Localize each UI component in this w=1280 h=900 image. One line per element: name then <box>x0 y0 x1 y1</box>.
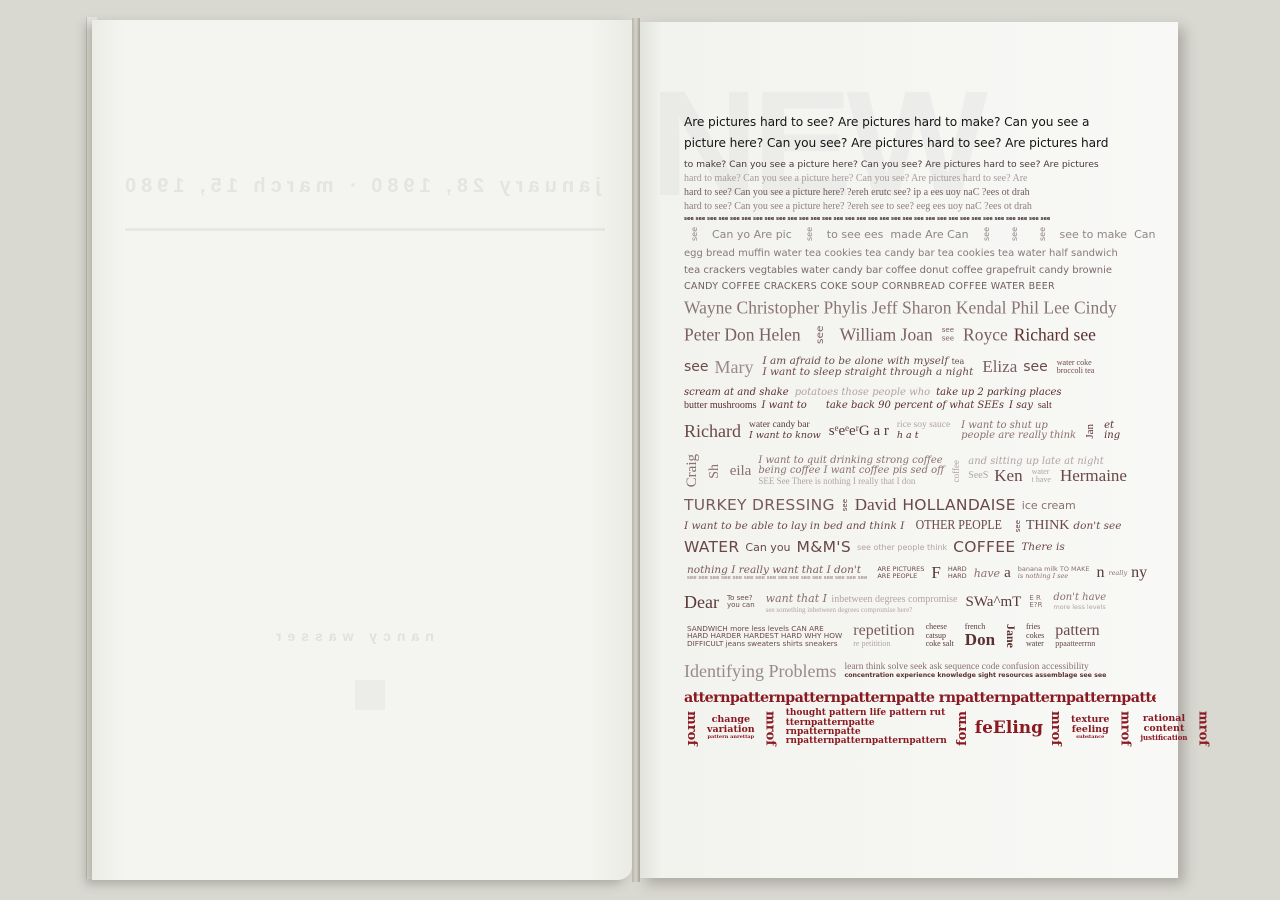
mrof-1: mrof <box>684 711 699 746</box>
sandwich-stack: SANDWICH more less levels CAN ARE HARD H… <box>687 625 842 648</box>
er-2: E?R <box>1029 602 1042 609</box>
hard-2: HARD <box>948 573 967 580</box>
shut-stack: I want to shut up people are really thin… <box>961 421 1076 442</box>
nothing-row: nothing I really want that I don't see s… <box>684 558 1156 588</box>
names-2b: William Joan <box>840 320 933 348</box>
mary-stack: I am afraid to be alone with myself tea … <box>763 356 974 378</box>
jane: Jane <box>1003 624 1018 648</box>
hard-stack: HARD HARD <box>948 566 967 580</box>
repetitition: re petitition <box>853 640 914 648</box>
fade-line-1: to make? Can you see a picture here? Can… <box>684 158 1156 172</box>
vert-coffee: coffee <box>951 460 961 482</box>
sitting: and sitting up late at night <box>968 457 1127 468</box>
tiny-see-2: see see see see see see see see see see … <box>687 576 867 582</box>
ken: Ken <box>994 467 1022 485</box>
broken-c: made Are Can <box>890 224 968 245</box>
ttern: tternpatternpatte rnpatternpatte <box>786 719 947 738</box>
are-people: ARE PEOPLE <box>877 573 924 580</box>
swamt: SWa^mT <box>966 594 1022 611</box>
coke-salt: coke salt <box>926 640 954 648</box>
vert-see-6: see <box>807 325 834 343</box>
david: David <box>855 495 897 515</box>
broken-a: Can yo Are pic <box>712 224 792 245</box>
tosee-stack: To see? you can <box>727 595 755 610</box>
vert-see-7: see <box>841 499 849 511</box>
justification: justification <box>1140 734 1187 741</box>
are-stack: ARE PICTURES ARE PEOPLE <box>877 566 924 580</box>
turkey-row: TURKEY DRESSING see David HOLLANDAISE ic… <box>684 494 1156 516</box>
eliza: Eliza <box>982 357 1017 377</box>
left-page <box>92 20 632 880</box>
there-is: There is <box>1021 541 1064 553</box>
names-line-2: Peter Don Helen see William Joan see see… <box>684 320 1156 348</box>
vert-see-1: see <box>684 227 705 241</box>
turkey: TURKEY DRESSING <box>684 494 835 516</box>
scream-row-1: scream at and shake potatoes those peopl… <box>684 386 1156 399</box>
inbetween-stack: want that I inbetween degrees compromise… <box>766 590 958 614</box>
richard: Richard <box>684 421 741 442</box>
intro-line-1: Are pictures hard to see? Are pictures h… <box>684 112 1156 133</box>
other-people: OTHER PEOPLE <box>916 518 1002 534</box>
vert-see-2: see <box>799 227 820 241</box>
rep-stack: repetition re petitition <box>853 623 914 648</box>
people-think: people are really think <box>961 431 1076 442</box>
sh: Sh <box>708 464 723 479</box>
rice-stack: rice soy sauce h a t <box>897 421 950 441</box>
side-2: broccoli tea <box>1057 367 1095 375</box>
donthave-stack: don't have more less levels <box>1053 593 1106 610</box>
book-gutter <box>632 18 640 882</box>
fries-stack: fries cokes water <box>1026 623 1044 648</box>
dont-see: don't see <box>1073 520 1121 532</box>
dear: Dear <box>684 592 719 613</box>
mary-see: see <box>684 359 709 375</box>
food-line-1: egg bread muffin water tea cookies tea c… <box>684 245 1156 262</box>
iwantto: I want to <box>762 399 807 412</box>
feeling-big: feEling <box>975 718 1043 738</box>
fade-line-2: hard to make? Can you see a picture here… <box>684 172 1156 186</box>
scream-row-2: butter mushrooms I want to take back 90 … <box>684 399 1156 412</box>
sandwich-row: SANDWICH more less levels CAN ARE HARD H… <box>684 616 1156 656</box>
being: being coffee I want coffee pis <box>758 465 907 476</box>
banana-stack: banana milk TO MAKE is nothing I see <box>1018 566 1090 580</box>
butter: butter mushrooms <box>684 399 757 412</box>
ice-cream: ice cream <box>1022 499 1076 512</box>
think: THINK <box>1026 518 1070 534</box>
left-ghost-name: nancy wasser <box>270 628 434 644</box>
sees: SeeS <box>968 471 988 482</box>
coffee-caps: COFFEE <box>953 536 1015 558</box>
scream-b: potatoes those people who <box>795 386 930 399</box>
vert-see-3: see <box>976 227 997 241</box>
mms: M&M'S <box>797 536 851 558</box>
left-ghost-mark <box>355 680 385 710</box>
you-can: you can <box>727 602 755 609</box>
have: have <box>974 567 1000 580</box>
mrof-5: mrof <box>1195 711 1210 746</box>
learn-stack: learn think solve seek ask sequence code… <box>844 663 1106 680</box>
mary-line-2: I want to sleep straight through a night <box>763 367 974 378</box>
richard-stack: water candy bar I want to know <box>749 421 821 441</box>
scream-c: take up 2 parking places <box>936 386 1061 399</box>
identifying-problems: Identifying Problems <box>684 661 836 682</box>
food-caps-line: CANDY COFFEE CRACKERS COKE SOUP CORNBREA… <box>684 279 1156 294</box>
small-see-stack: see see <box>942 327 954 342</box>
water-2: water <box>1026 640 1044 648</box>
richard-s2: I want to know <box>749 431 821 441</box>
pattern-word: pattern <box>1055 623 1099 640</box>
repetition: repetition <box>853 623 914 640</box>
inbetween-1: inbetween degrees compromise <box>831 594 957 605</box>
mary-side: water coke broccoli tea <box>1057 359 1095 376</box>
vert-see-4: see <box>1004 227 1025 241</box>
don-stack: french Don <box>965 623 995 649</box>
craig: Craig <box>684 454 701 487</box>
inbetween-2: see something inbetween degrees compromi… <box>766 607 958 614</box>
really: really <box>1108 569 1127 577</box>
t-have: t have <box>1032 476 1051 484</box>
sheila-stack: Sh <box>708 464 723 479</box>
mary-name: Mary <box>715 357 754 378</box>
concentration-line: concentration experience knowledge sight… <box>844 673 1106 680</box>
big-n: n <box>1096 564 1104 582</box>
nothing-left: nothing I really want that I don't see s… <box>687 565 867 582</box>
idon: that I don <box>881 476 916 486</box>
craig-row: Craig Sh eila I want to quit drinking st… <box>684 448 1156 494</box>
cheese-stack: cheese catsup coke salt <box>926 623 954 648</box>
salt: salt <box>1038 399 1052 412</box>
isay: I say <box>1009 399 1033 412</box>
eting: et ing <box>1104 421 1120 442</box>
rnpattern: rnpatternpatternpatternpattern <box>786 737 947 746</box>
intro-line-2: picture here? Can you see? Are pictures … <box>684 133 1156 154</box>
pattern-line: atternpatternpatternpatternpatte rnpatte… <box>684 688 1156 708</box>
sitting-stack: and sitting up late at night SeeS Ken wa… <box>968 457 1127 485</box>
see-other: see other people think <box>857 543 947 552</box>
nothing-really: nothing I really want that I don't <box>687 565 867 576</box>
broken-e: Can <box>1134 224 1155 245</box>
mary-row: see Mary I am afraid to be alone with my… <box>684 348 1156 386</box>
water-row: WATER Can you M&M'S see other people thi… <box>684 536 1156 558</box>
sandwich-3: DIFFICULT jeans sweaters shirts sneakers <box>687 640 842 648</box>
small-pattern: pattern anrettap <box>708 735 755 740</box>
rational-stack: rational content justification <box>1140 714 1187 741</box>
dear-row: Dear To see? you can want that I inbetwe… <box>684 588 1156 616</box>
names-2a: Peter Don Helen <box>684 320 801 348</box>
big-f: F <box>931 563 940 583</box>
sed-off: sed off <box>911 465 945 476</box>
seegary: sᵉeᵉeʳG a r <box>829 423 889 440</box>
mrof-4: mrof <box>1117 711 1132 746</box>
ing: ing <box>1104 431 1120 442</box>
ny: ny <box>1131 564 1147 582</box>
thought-stack: thought pattern life pattern rut tternpa… <box>786 709 947 747</box>
ppaatteerrnn: ppaatteerrnn <box>1055 640 1099 648</box>
bottom-red-row: mrof change variation pattern anrettap m… <box>684 708 1156 748</box>
pattern-stack: pattern ppaatteerrnn <box>1055 623 1099 648</box>
broken-question-row: see Can yo Are pic see to see ees made A… <box>684 224 1156 245</box>
tiny-see-line: see see see see see see see see see see … <box>684 214 1156 224</box>
broken-d: see to make <box>1060 224 1128 245</box>
jan: Jan <box>1084 424 1096 439</box>
is-nothing: is nothing I see <box>1018 573 1090 580</box>
substance: substance <box>1076 735 1104 740</box>
scream-a: scream at and shake <box>684 386 789 399</box>
form-1: form <box>955 711 970 746</box>
see-see: SEE See <box>758 476 789 486</box>
scream-block: scream at and shake potatoes those peopl… <box>684 386 1156 412</box>
big-a: a <box>1004 565 1011 582</box>
hat: h a t <box>897 431 950 441</box>
fade-line-4: hard to see? Can you see a picture here?… <box>684 200 1156 214</box>
left-ghost-date: january 28, 1980 · march 15, 1980 <box>120 175 601 198</box>
texture-stack: texture feeling substance <box>1071 715 1109 740</box>
small-see: see <box>942 335 954 343</box>
don: Don <box>965 631 995 649</box>
names-line-1: Wayne Christopher Phylis Jeff Sharon Ken… <box>684 293 1156 321</box>
food-line-2: tea crackers vegtables water candy bar c… <box>684 262 1156 279</box>
broken-b: to see ees <box>827 224 884 245</box>
lay-row: I want to be able to lay in bed and thin… <box>684 516 1156 536</box>
want-that: want that I <box>766 592 827 605</box>
hollandaise: HOLLANDAISE <box>902 494 1015 516</box>
eliza-see: see <box>1023 359 1048 375</box>
mary-tea: tea <box>952 357 965 366</box>
nothing: There is nothing I really <box>792 476 879 486</box>
fade-line-3: hard to see? Can you see a picture here?… <box>684 186 1156 200</box>
vert-see-8: see <box>1014 520 1022 532</box>
richard-row: Richard water candy bar I want to know s… <box>684 414 1156 448</box>
quit-stack: I want to quit drinking strong coffee be… <box>758 456 944 486</box>
names-2c: Royce <box>963 320 1008 348</box>
lay: I want to be able to lay in bed and thin… <box>684 520 904 532</box>
mrof-3: mrof <box>1048 711 1063 746</box>
eila: eila <box>730 463 752 480</box>
left-ghost-rule <box>125 228 605 231</box>
right-page-text: Are pictures hard to see? Are pictures h… <box>684 112 1156 748</box>
identify-row: Identifying Problems learn think solve s… <box>684 656 1156 686</box>
takeback: take back 90 percent of what SEEs <box>826 399 1004 412</box>
more-less: more less levels <box>1053 604 1106 611</box>
change-stack: change variation pattern anrettap <box>707 715 755 740</box>
vert-see-5: see <box>1032 227 1053 241</box>
er-stack: E R E?R <box>1029 595 1042 610</box>
mrof-2: mrof <box>763 711 778 746</box>
water-caps: WATER <box>684 536 739 558</box>
names-2d: Richard see <box>1014 320 1096 348</box>
hermaine: Hermaine <box>1060 467 1127 485</box>
can-you: Can you <box>745 541 790 554</box>
